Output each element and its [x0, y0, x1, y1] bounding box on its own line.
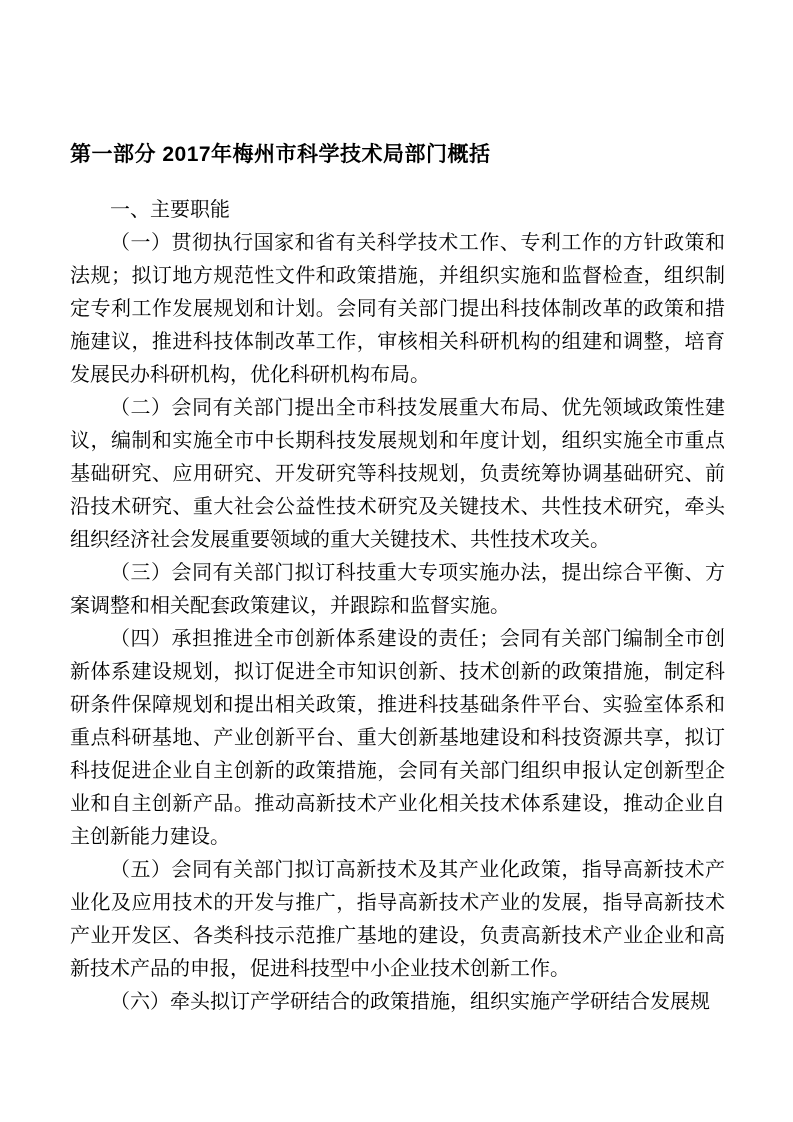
- document-title: 第一部分 2017年梅州市科学技术局部门概括: [70, 140, 725, 170]
- document-body: 一、主要职能 （一）贯彻执行国家和省有关科学技术工作、专利工作的方针政策和法规；…: [70, 194, 725, 1019]
- paragraph-item-3: （三）会同有关部门拟订科技重大专项实施办法，提出综合平衡、方案调整和相关配套政策…: [70, 557, 725, 623]
- paragraph-item-2: （二）会同有关部门提出全市科技发展重大布局、优先领域政策性建议，编制和实施全市中…: [70, 392, 725, 557]
- paragraph-item-6: （六）牵头拟订产学研结合的政策措施，组织实施产学研结合发展规: [70, 986, 725, 1019]
- paragraph-item-4: （四）承担推进全市创新体系建设的责任；会同有关部门编制全市创新体系建设规划，拟订…: [70, 623, 725, 854]
- document-page: 第一部分 2017年梅州市科学技术局部门概括 一、主要职能 （一）贯彻执行国家和…: [0, 0, 793, 1122]
- section-heading-main-functions: 一、主要职能: [70, 194, 725, 227]
- paragraph-item-1: （一）贯彻执行国家和省有关科学技术工作、专利工作的方针政策和法规；拟订地方规范性…: [70, 227, 725, 392]
- paragraph-item-5: （五）会同有关部门拟订高新技术及其产业化政策，指导高新技术产业化及应用技术的开发…: [70, 854, 725, 986]
